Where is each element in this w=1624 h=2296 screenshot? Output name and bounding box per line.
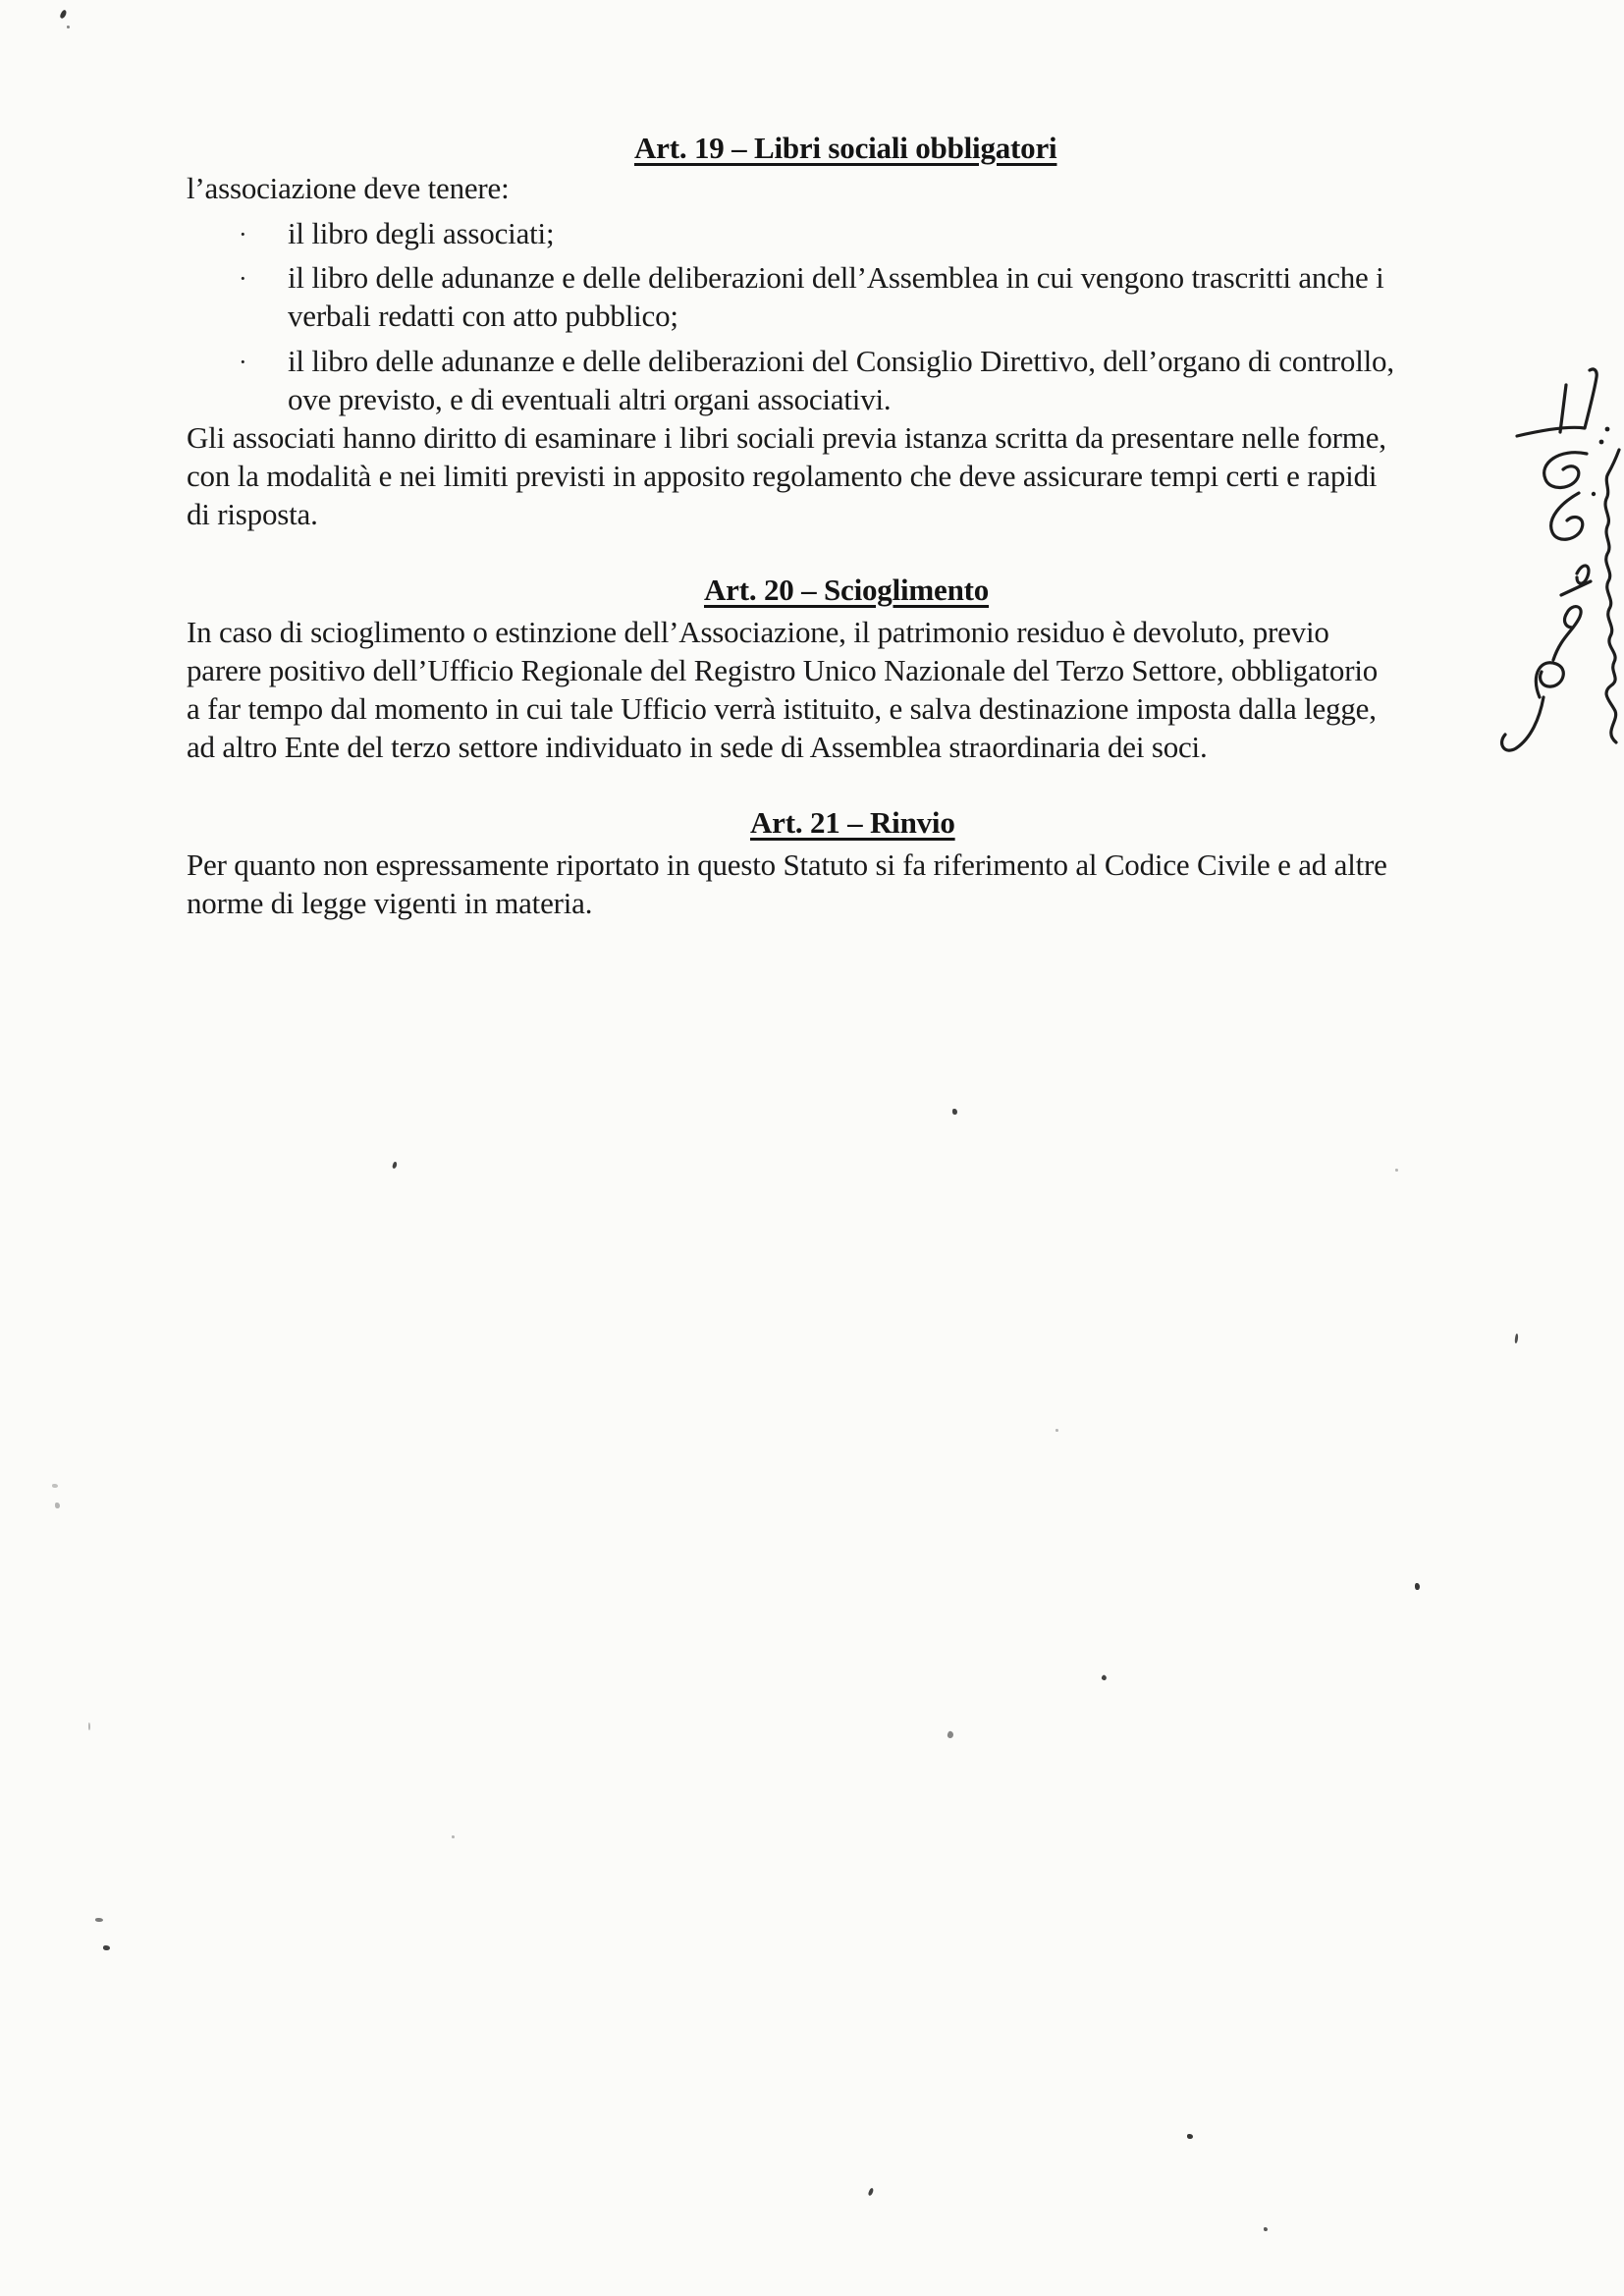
scan-speck — [52, 1484, 58, 1488]
art19-bullet-2-line-2: verbali redatti con atto pubblico; — [288, 297, 678, 336]
scan-speck — [452, 1835, 455, 1838]
scan-speck — [1101, 1674, 1108, 1681]
art19-paragraph-line-1: Gli associati hanno diritto di esaminare… — [187, 418, 1386, 458]
script-dot — [1599, 440, 1604, 445]
scan-speck — [947, 1730, 954, 1739]
scan-speck — [1187, 2134, 1193, 2139]
art19-intro: l’associazione deve tenere: — [187, 169, 510, 208]
scan-speck — [1415, 1583, 1420, 1590]
annotation-connector-line — [1517, 369, 1597, 436]
handwritten-annotation — [1414, 236, 1624, 805]
scan-speck — [95, 1918, 103, 1922]
art19-bullet-3-line-2: ove previsto, e di eventuali altri organ… — [288, 380, 891, 419]
scan-speck — [88, 1722, 90, 1730]
cursive-script-flourish — [1544, 453, 1587, 540]
script-dot — [1605, 427, 1610, 432]
art19-paragraph-line-2: con la modalità e nei limiti previsti in… — [187, 457, 1377, 496]
section-heading-art19: Art. 19 – Libri sociali obbligatori — [634, 129, 1056, 168]
bullet-marker: · — [239, 215, 247, 254]
art19-bullet-2-line-1: il libro delle adunanze e delle delibera… — [288, 258, 1384, 298]
section-heading-art20: Art. 20 – Scioglimento — [704, 571, 989, 610]
scan-speck — [67, 26, 70, 28]
art20-paragraph-line-4: ad altro Ente del terzo settore individu… — [187, 728, 1208, 767]
scan-speck — [392, 1162, 398, 1170]
scan-speck — [103, 1945, 110, 1950]
art19-bullet-1: il libro degli associati; — [288, 214, 554, 253]
section-heading-art21: Art. 21 – Rinvio — [750, 803, 955, 843]
cursive-script-outer — [1605, 450, 1619, 742]
scan-speck — [952, 1109, 957, 1115]
art20-paragraph-line-1: In caso di scioglimento o estinzione del… — [187, 613, 1329, 652]
scan-speck — [1264, 2227, 1268, 2231]
art21-paragraph-line-2: norme di legge vigenti in materia. — [187, 884, 592, 923]
scan-speck — [55, 1503, 60, 1508]
scan-speck — [59, 9, 68, 19]
art20-paragraph-line-3: a far tempo dal momento in cui tale Uffi… — [187, 689, 1377, 729]
script-dot — [1592, 492, 1596, 496]
scan-speck — [867, 2188, 874, 2197]
art21-paragraph-line-1: Per quanto non espressamente riportato i… — [187, 846, 1387, 885]
scan-speck — [1056, 1429, 1058, 1432]
art20-paragraph-line-2: parere positivo dell’Ufficio Regionale d… — [187, 651, 1378, 690]
cursive-script-lower — [1502, 566, 1591, 750]
scanned-document-page: Art. 19 – Libri sociali obbligatori l’as… — [0, 0, 1624, 2296]
art19-paragraph-line-3: di risposta. — [187, 495, 318, 534]
bullet-marker: · — [239, 259, 247, 299]
scan-speck — [1395, 1169, 1398, 1172]
bullet-marker: · — [239, 343, 247, 382]
insertion-caret-icon — [1560, 385, 1566, 432]
art19-bullet-3-line-1: il libro delle adunanze e delle delibera… — [288, 342, 1394, 381]
scan-speck — [1514, 1334, 1518, 1343]
